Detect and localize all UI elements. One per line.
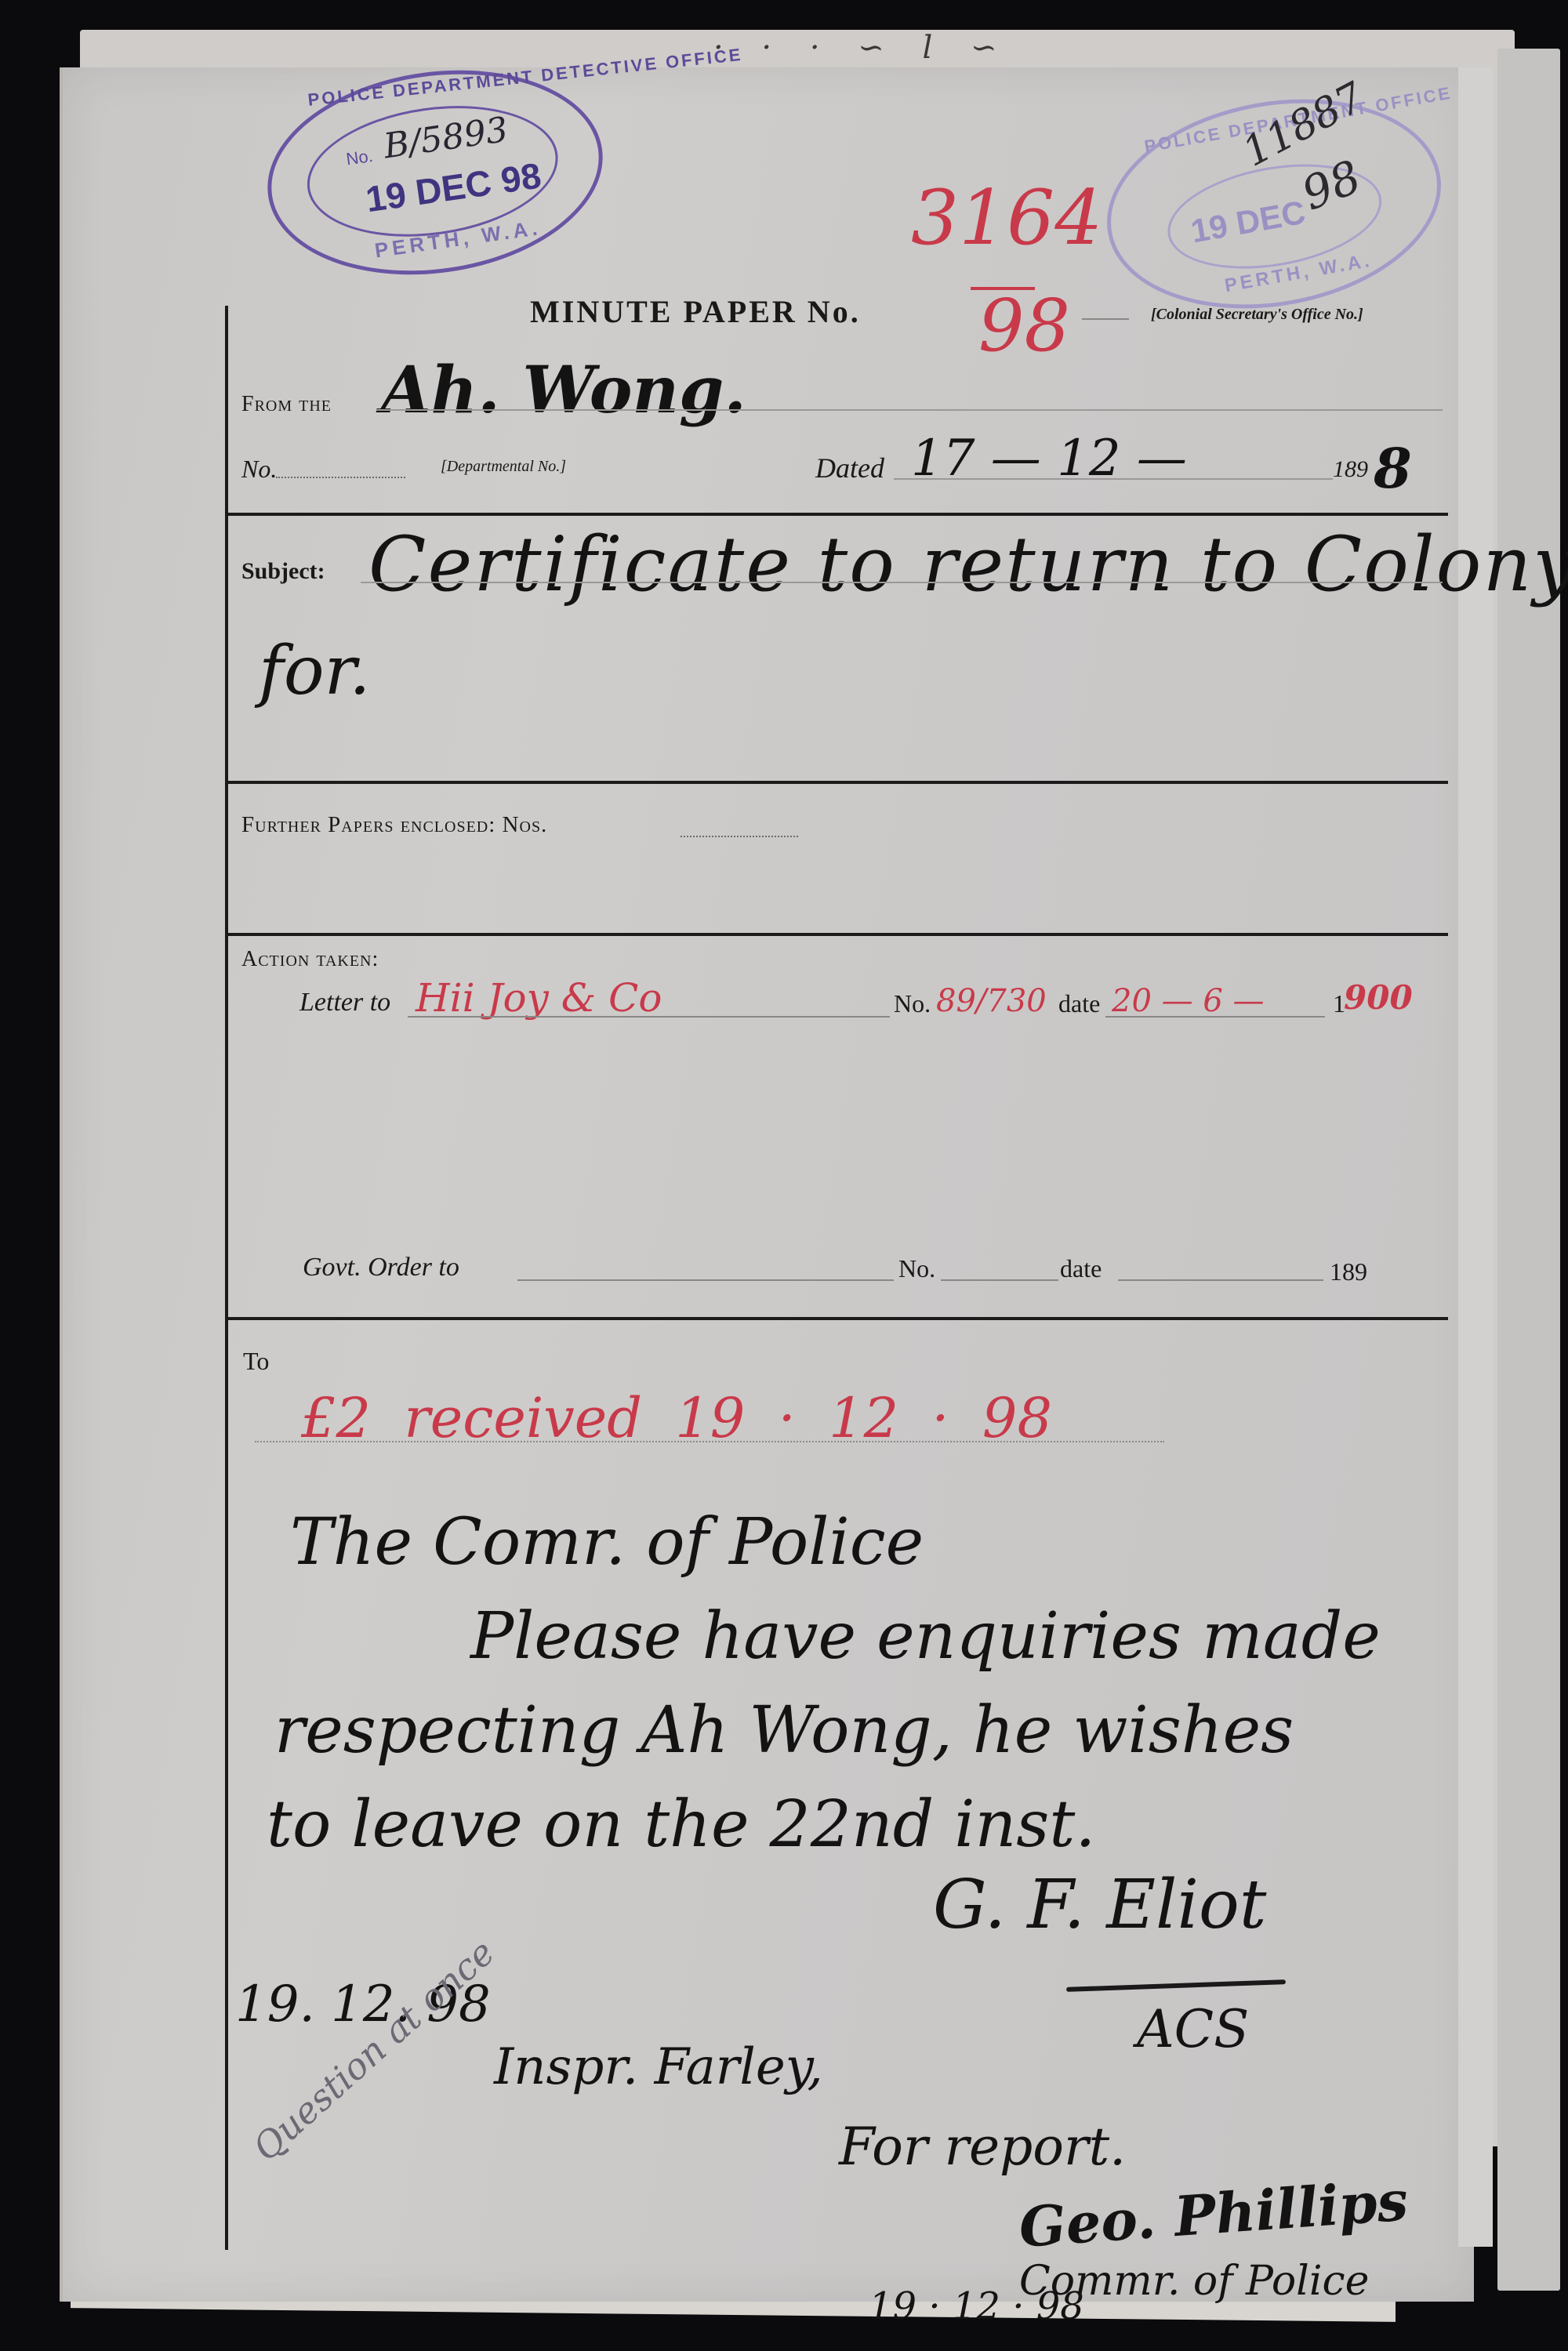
dated-label: Dated	[815, 452, 884, 484]
divider-action-to	[225, 1317, 1448, 1320]
colonial-office-no-label: [Colonial Secretary's Office No.]	[1151, 306, 1363, 324]
govt-order-label: Govt. Order to	[303, 1253, 459, 1283]
govt-date-line	[1118, 1279, 1323, 1281]
dated-line	[894, 478, 1333, 480]
top-scribble: · · · ∽ l ∽	[713, 30, 1011, 66]
form-left-border	[225, 306, 228, 2250]
letter-no-value: 89/730	[936, 983, 1047, 1019]
govt-no-line	[941, 1279, 1058, 1281]
letter-to-label: Letter to	[299, 988, 390, 1018]
subject-line-1: Certificate to return to Colony	[368, 521, 1568, 608]
from-label: From the	[241, 392, 332, 417]
minute-number-line	[1082, 318, 1129, 320]
for-report-note: For report.	[839, 2117, 1126, 2177]
subject-line-2: for.	[259, 632, 371, 710]
govt-no-label: No.	[898, 1254, 935, 1283]
departmental-no-bracket: [Departmental No.]	[441, 458, 566, 476]
departmental-no-field	[276, 477, 405, 478]
subject-label: Subject:	[241, 558, 325, 585]
action-taken-label: Action taken:	[241, 947, 379, 972]
divider-papers-action	[225, 933, 1448, 936]
from-line	[376, 409, 1443, 411]
to-line	[255, 1441, 1164, 1442]
acs-title: ACS	[1137, 1999, 1249, 2059]
dated-year-suffix: 8	[1374, 436, 1412, 501]
minute-paper-title: MINUTE PAPER No.	[530, 293, 861, 330]
from-value: Ah. Wong.	[381, 353, 746, 428]
departmental-no-label: No.	[241, 455, 277, 484]
minute-line-2: Please have enquiries made	[470, 1599, 1381, 1674]
minute-number-bottom: 98	[978, 284, 1070, 368]
further-papers-label: Further Papers enclosed: Nos.	[241, 812, 547, 838]
letter-year-value: 900	[1344, 978, 1413, 1017]
letter-to-line	[408, 1016, 890, 1018]
letter-date-value: 20 — 6 —	[1112, 983, 1265, 1019]
letter-to-value: Hii Joy & Co	[416, 975, 662, 1021]
letter-no-label: No.	[894, 989, 931, 1018]
minute-number-top: 3164	[911, 174, 1102, 262]
govt-year: 189	[1330, 1257, 1367, 1286]
minute-date-2: 19 · 12 · 98	[869, 2284, 1084, 2328]
govt-order-line	[517, 1279, 894, 1281]
minute-line-3: respecting Ah Wong, he wishes	[274, 1693, 1294, 1768]
minute-line-1: The Comr. of Police	[290, 1505, 924, 1580]
paper-right-fold	[1458, 67, 1493, 2247]
minute-line-4: to leave on the 22nd inst.	[267, 1787, 1095, 1862]
divider-from-subject	[225, 513, 1448, 516]
stamp-no-label: No.	[345, 146, 375, 170]
divider-subject-papers	[225, 781, 1448, 784]
govt-date-label: date	[1060, 1254, 1102, 1283]
letter-date-label: date	[1058, 989, 1100, 1018]
letter-date-line	[1105, 1016, 1325, 1018]
inspector-addressee: Inspr. Farley,	[494, 2038, 823, 2096]
further-papers-field	[681, 836, 798, 837]
to-label: To	[243, 1347, 269, 1376]
back-sheet-right-edge	[1497, 49, 1560, 2291]
acs-signature: G. F. Eliot	[933, 1866, 1266, 1944]
subject-line-rule	[361, 582, 1443, 583]
dated-year-prefix: 189	[1333, 456, 1368, 483]
